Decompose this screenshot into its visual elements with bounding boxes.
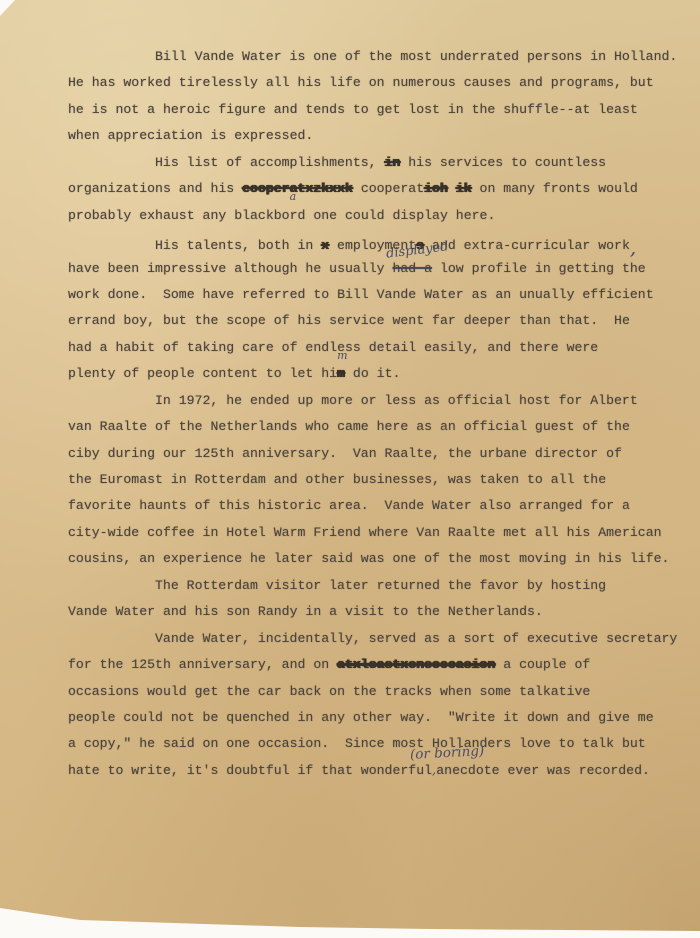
typed-text-segment: Vande Water and his son Randy in a visit… <box>68 604 543 619</box>
typed-line: cousins, an experience he later said was… <box>68 546 673 572</box>
typed-text-segment: city-wide coffee in Hotel Warm Friend wh… <box>68 525 662 540</box>
typed-text-segment: The Rotterdam visitor later returned the… <box>155 578 606 593</box>
overstruck-text: ioh <box>424 181 448 196</box>
typed-line: The Rotterdam visitor later returned the… <box>68 573 673 599</box>
photo-background: Bill Vande Water is one of the most unde… <box>0 0 700 938</box>
typed-text-segment: Bill Vande Water is one of the most unde… <box>155 49 677 64</box>
typed-text-segment: the Euromast in Rotterdam and other busi… <box>68 472 606 487</box>
typed-text-segment: he is not a heroic figure and tends to g… <box>68 102 638 117</box>
typed-text-segment: people could not be quenched in any othe… <box>68 710 654 725</box>
typed-text-segment: hate to write, it's doubtful if that won… <box>68 763 432 778</box>
typed-text-segment: cooperat <box>353 181 424 196</box>
typed-text-segment: cousins, an experience he later said was… <box>68 551 669 566</box>
typed-text-segment: errand boy, but the scope of his service… <box>68 313 630 328</box>
typed-text-segment: occasions would get the car back on the … <box>68 684 590 699</box>
typed-line: van Raalte of the Netherlands who came h… <box>68 414 673 440</box>
typed-line: people could not be quenched in any othe… <box>68 705 673 731</box>
typed-line: His list of accomplishments, in his serv… <box>68 150 673 176</box>
overstruck-text: x <box>321 238 329 253</box>
typed-line: work done. Some have referred to Bill Va… <box>68 282 673 308</box>
typed-text-segment: for the 125th anniversary, and on <box>68 657 337 672</box>
typed-line: Vande Water, incidentally, served as a s… <box>68 626 673 652</box>
overstruck-text: had adisplayed <box>392 261 432 276</box>
typed-line: have been impressive although he usually… <box>68 256 673 282</box>
overstruck-text: cooperatxzkxxk <box>242 181 353 196</box>
typed-text: Bill Vande Water is one of the most unde… <box>68 44 673 784</box>
typed-line: organizations and his cooperatxzkxxk coo… <box>68 176 673 202</box>
typed-line: hate to write, it's doubtful if that won… <box>68 758 673 784</box>
typed-line: had a habit of taking care of endless de… <box>68 335 673 361</box>
typed-line: He has worked tirelessly all his life on… <box>68 70 673 96</box>
typed-text-segment: his services to countless <box>400 155 606 170</box>
typed-line: a copy," he said on one occasion. Since … <box>68 731 673 757</box>
typed-text-segment: He has worked tirelessly all his life on… <box>68 75 654 90</box>
typed-text-segment: In 1972, he ended up more or less as off… <box>155 393 638 408</box>
typed-line: probably exhaust any blackborda one coul… <box>68 203 673 229</box>
typed-line: occasions would get the car back on the … <box>68 679 673 705</box>
typed-text-segment: favorite haunts of this historic area. V… <box>68 498 630 513</box>
typed-text-segment: on many fronts would <box>472 181 638 196</box>
typed-line: the Euromast in Rotterdam and other busi… <box>68 467 673 493</box>
typed-text-segment: had a habit of taking care of endless de… <box>68 340 598 355</box>
overstruck-text: atxleastxoneoccasion <box>337 657 495 672</box>
typed-line: Vande Water and his son Randy in a visit… <box>68 599 673 625</box>
typed-line: for the 125th anniversary, and on atxlea… <box>68 652 673 678</box>
typed-text-segment: when appreciation is expressed. <box>68 128 313 143</box>
handwritten-mark: , <box>630 235 632 259</box>
typed-text-segment: low profile in getting the <box>432 261 646 276</box>
typed-line: when appreciation is expressed. <box>68 123 673 149</box>
typed-text-segment <box>448 181 456 196</box>
overstruck-text: in <box>385 155 401 170</box>
handwritten-annotation: m <box>337 343 347 369</box>
typed-text-segment: do it. <box>345 366 400 381</box>
typed-text-segment: one could display here. <box>305 208 495 223</box>
typed-line: favorite haunts of this historic area. V… <box>68 493 673 519</box>
typed-text-segment: rda <box>290 208 306 223</box>
typed-text-segment: plenty of people content to let hi <box>68 366 337 381</box>
typed-text-segment: His talents, both in <box>155 238 321 253</box>
typed-text-segment: van Raalte of the Netherlands who came h… <box>68 419 630 434</box>
typed-text-segment: work done. Some have referred to Bill Va… <box>68 287 654 302</box>
document-page: Bill Vande Water is one of the most unde… <box>0 0 700 938</box>
overstruck-text: mm <box>337 366 345 381</box>
typed-text-segment: a couple of <box>495 657 590 672</box>
typed-line: His talents, both in x employments and e… <box>68 229 673 255</box>
handwritten-annotation: a <box>290 184 297 210</box>
typed-text-segment: organizations and his <box>68 181 242 196</box>
typed-line: Bill Vande Water is one of the most unde… <box>68 44 673 70</box>
typed-line: In 1972, he ended up more or less as off… <box>68 388 673 414</box>
typed-text-segment: have been impressive although he usually <box>68 261 392 276</box>
typed-text-segment: probably exhaust any blackbo <box>68 208 290 223</box>
typed-text-segment: and extra-curricular work <box>424 238 630 253</box>
typed-text-segment: ciby during our 125th anniversary. Van R… <box>68 446 622 461</box>
typed-line: city-wide coffee in Hotel Warm Friend wh… <box>68 520 673 546</box>
overstruck-text: ik <box>456 181 472 196</box>
typed-text-segment: Vande Water, incidentally, served as a s… <box>155 631 677 646</box>
typed-line: he is not a heroic figure and tends to g… <box>68 97 673 123</box>
typed-text-segment: a copy," he said on one occasion. Since … <box>68 736 646 751</box>
handwritten-mark: ,(or boring) <box>432 763 436 778</box>
typed-line: ciby during our 125th anniversary. Van R… <box>68 441 673 467</box>
handwritten-annotation: (or boring) <box>409 738 485 768</box>
typed-text-segment: His list of accomplishments, <box>155 155 385 170</box>
typed-line: errand boy, but the scope of his service… <box>68 308 673 334</box>
typed-line: plenty of people content to let himm do … <box>68 361 673 387</box>
